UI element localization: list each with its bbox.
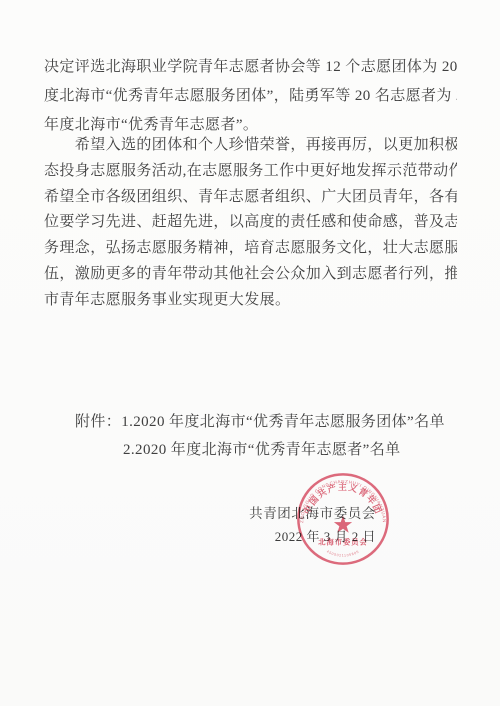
body-line: 希望全市各级团组织、青年志愿者组织、广大团员青年，各有关单 [44,185,457,211]
body-line: 伍，激励更多的青年带动其他社会公众加入到志愿者行列，推动我 [44,262,457,288]
body-line: 决定评选北海职业学院青年志愿者协会等 12 个志愿团体为 2020 年 [44,53,457,82]
svg-text:4505021105805: 4505021105805 [326,549,360,557]
body-line: 度北海市“优秀青年志愿服务团体”，陆勇军等 20 名志愿者为 2020 [44,82,457,111]
issuing-organization: 共青团北海市委员会 [249,505,376,522]
body-paragraph-2: 希望入选的团体和个人珍惜荣誉，再接再厉，以更加积极的心 态投身志愿服务活动,在志… [44,133,457,314]
attachment-item-2: 2.2020 年度北海市“优秀青年志愿者”名单 [75,436,475,464]
seal-serial-number: 4505021105805 [326,549,360,557]
issue-date: 2022 年 3 月 2 日 [249,528,376,545]
body-line: 位要学习先进、赶超先进，以高度的责任感和使命感，普及志愿服 [44,210,457,236]
body-paragraph-1: 决定评选北海职业学院青年志愿者协会等 12 个志愿团体为 2020 年 度北海市… [44,53,457,140]
body-line: 务理念，弘扬志愿服务精神，培育志愿服务文化，壮大志愿服务队 [44,236,457,262]
body-line: 希望入选的团体和个人珍惜荣誉，再接再厉，以更加积极的心 [44,133,457,159]
attachment-item-1: 附件：1.2020 年度北海市“优秀青年志愿服务团体”名单 [75,408,475,436]
body-line: 市青年志愿服务事业实现更大发展。 [44,288,457,314]
body-line: 态投身志愿服务活动,在志愿服务工作中更好地发挥示范带动作用。 [44,159,457,185]
signature-block: 共青团北海市委员会 2022 年 3 月 2 日 [249,505,376,545]
attachment-list: 附件：1.2020 年度北海市“优秀青年志愿服务团体”名单 2.2020 年度北… [75,408,475,464]
document-page: 决定评选北海职业学院青年志愿者协会等 12 个志愿团体为 2020 年 度北海市… [0,0,500,706]
